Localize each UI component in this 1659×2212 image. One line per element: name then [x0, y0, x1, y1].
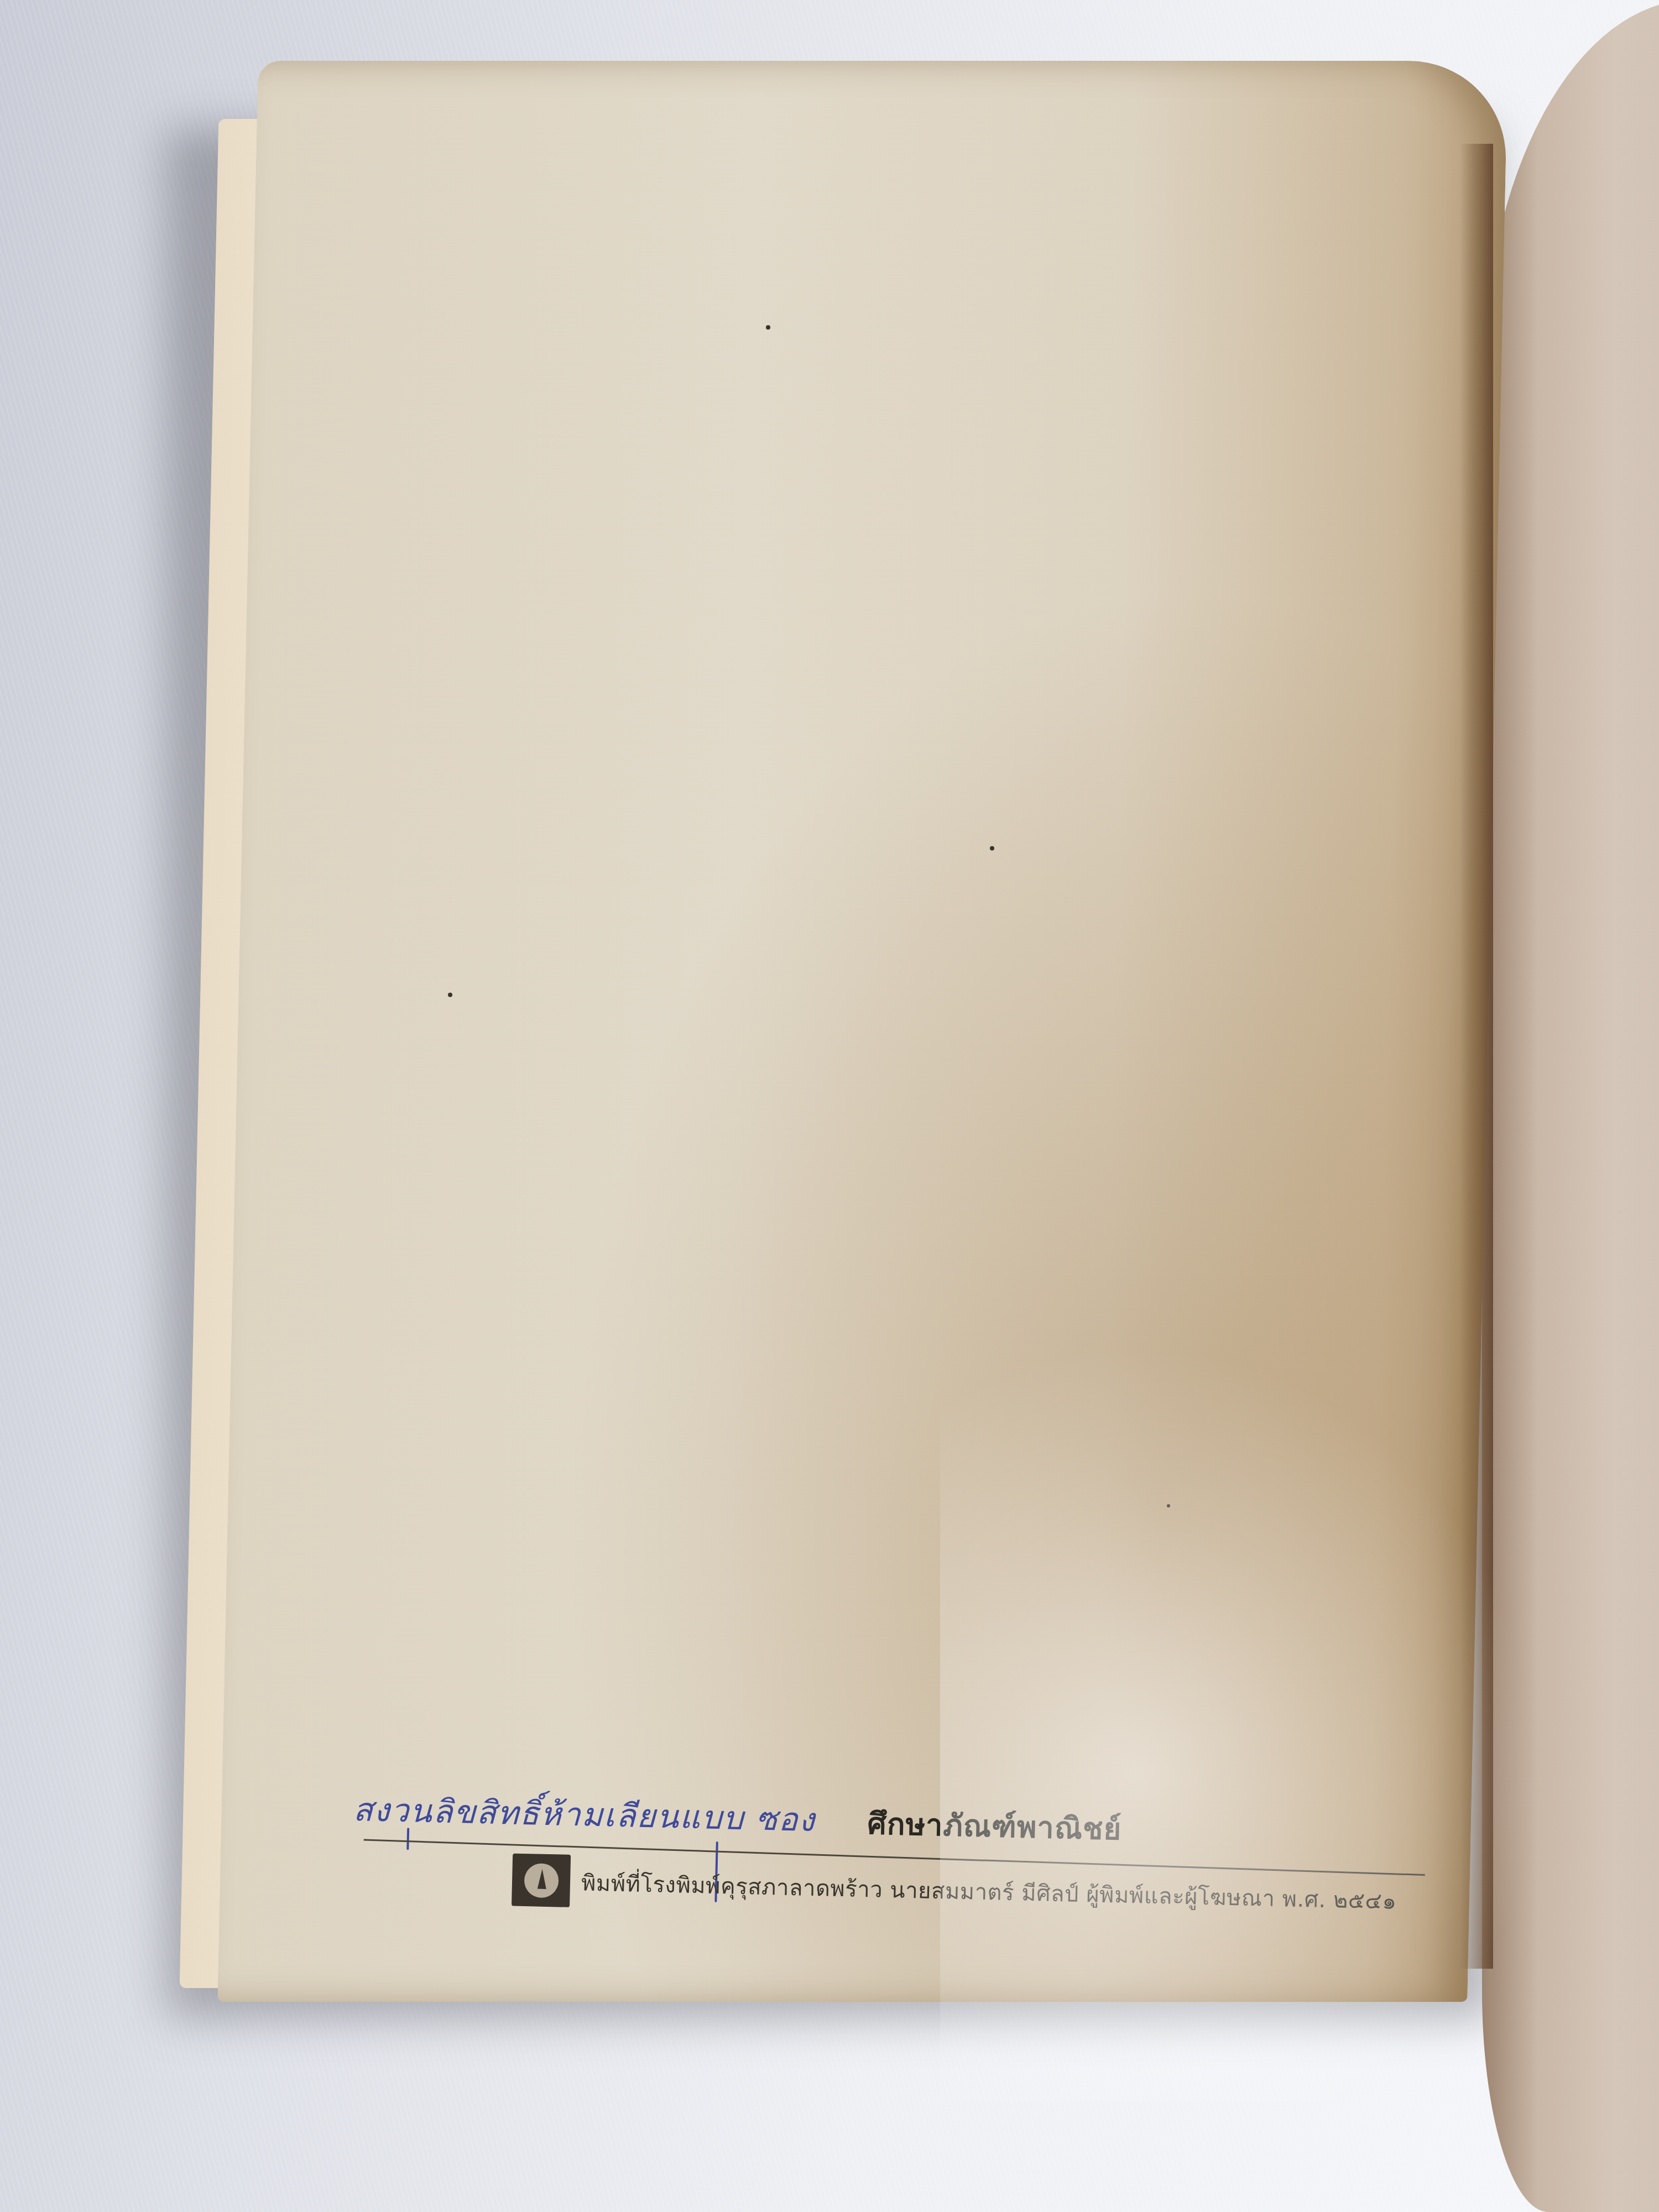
printer-line: พิมพ์ที่โรงพิมพ์คุรุสภาลาดพร้าว นายสมมาต… — [581, 1865, 1397, 1918]
paper-speck — [448, 993, 452, 997]
logo-emblem — [524, 1863, 559, 1898]
left-page — [217, 61, 1508, 2002]
paper-speck — [990, 846, 994, 851]
paper-speck — [1167, 1504, 1170, 1507]
paper-speck — [766, 325, 770, 330]
printer-imprint: สงวนลิขสิทธิ์ห้ามเลียนแบบ ซอง ศึกษาภัณฑ์… — [351, 1783, 1432, 1946]
handwritten-note: สงวนลิขสิทธิ์ห้ามเลียนแบบ ซอง — [353, 1783, 816, 1845]
publisher-name: ศึกษาภัณฑ์พาณิชย์ — [867, 1799, 1123, 1853]
buddha-shrine-logo-icon — [512, 1854, 571, 1907]
book-gutter — [1460, 144, 1493, 1969]
right-page — [1482, 0, 1659, 2212]
pen-stroke — [406, 1828, 409, 1850]
